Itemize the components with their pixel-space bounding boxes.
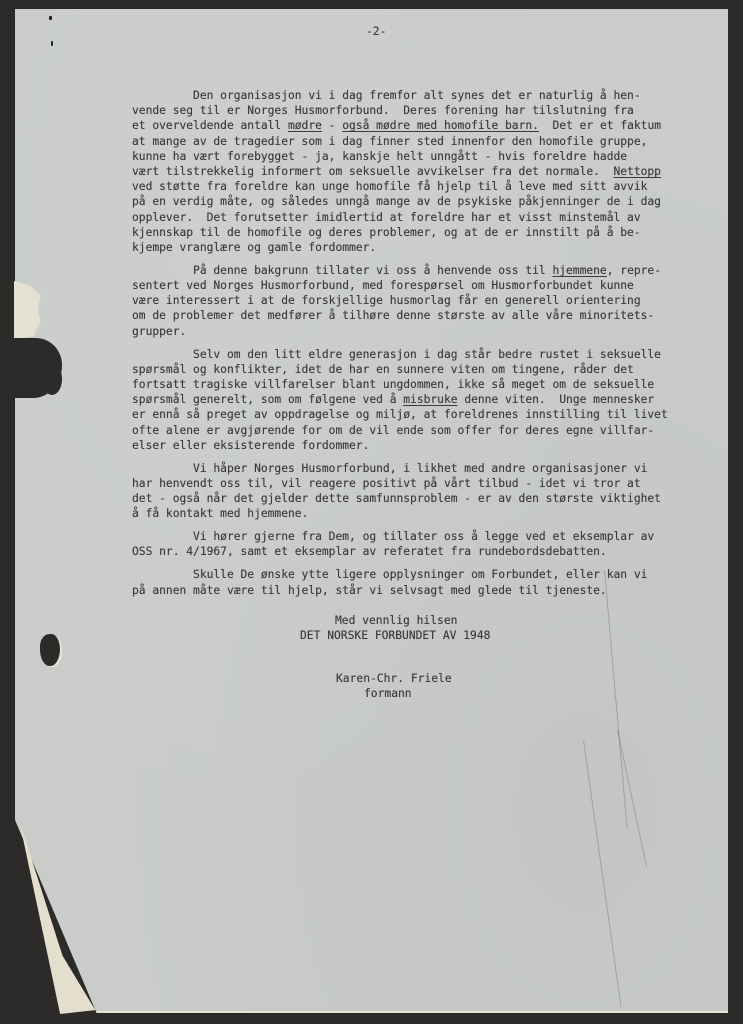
text-segment: sentert ved Norges Husmorforbund, med fo… (132, 279, 634, 292)
text-segment: opplever. Det forutsetter imidlertid at … (132, 211, 641, 224)
text-segment: Vi hører gjerne fra Dem, og tillater oss… (132, 530, 654, 543)
text-line: ofte alene er avgjørende for om de vil e… (132, 423, 668, 438)
text-segment: vært tilstrekkelig informert om seksuell… (132, 165, 613, 178)
text-segment: kjempe vranglære og gamle fordommer. (132, 241, 376, 254)
ink-speck (49, 16, 52, 20)
paragraph: Vi håper Norges Husmorforbund, i likhet … (132, 461, 668, 522)
text-segment: et overveldende antall (132, 119, 288, 132)
text-line: et overveldende antall mødre - også mødr… (132, 118, 668, 133)
text-segment: Selv om den litt eldre generasjon i dag … (132, 348, 661, 361)
text-segment: Vi håper Norges Husmorforbund, i likhet … (132, 462, 647, 475)
text-line: ved støtte fra foreldre kan unge homofil… (132, 179, 668, 194)
text-line: spørsmål generelt, som om følgene ved å … (132, 392, 668, 407)
punch-hole (40, 634, 60, 666)
text-line: På denne bakgrunn tillater vi oss å henv… (132, 263, 668, 278)
text-line: å få kontakt med hjemmene. (132, 506, 668, 521)
underlined-text: mødre (288, 119, 322, 132)
text-line: er ennå så preget av oppdragelse og milj… (132, 407, 668, 422)
text-line: sentert ved Norges Husmorforbund, med fo… (132, 278, 668, 293)
paper-bottom-edge (60, 1011, 728, 1013)
text-segment: vende seg til er Norges Husmorforbund. D… (132, 104, 634, 117)
text-segment: , repre- (607, 264, 661, 277)
text-line: Vi hører gjerne fra Dem, og tillater oss… (132, 529, 668, 544)
text-line: har henvendt oss til, vil reagere positi… (132, 476, 668, 491)
text-line: fortsatt tragiske villfarelser blant ung… (132, 377, 668, 392)
underlined-text: misbruke (403, 393, 457, 406)
text-segment: være interessert i at de forskjellige hu… (132, 294, 641, 307)
text-line: spørsmål og konflikter, idet de har en s… (132, 362, 668, 377)
text-line: Vi håper Norges Husmorforbund, i likhet … (132, 461, 668, 476)
text-line: vende seg til er Norges Husmorforbund. D… (132, 103, 668, 118)
text-segment: elser eller eksisterende fordommer. (132, 439, 369, 452)
paragraph: Skulle De ønske ytte ligere opplysninger… (132, 567, 668, 597)
ink-speck (51, 41, 53, 46)
text-segment: det - også når det gjelder dette samfunn… (132, 492, 661, 505)
underlined-text: Nettopp (613, 165, 660, 178)
text-line: være interessert i at de forskjellige hu… (132, 293, 668, 308)
paragraph: Den organisasjon vi i dag fremfor alt sy… (132, 88, 668, 255)
text-line: opplever. Det forutsetter imidlertid at … (132, 210, 668, 225)
text-line: det - også når det gjelder dette samfunn… (132, 491, 668, 506)
text-segment: på en verdig måte, og således unngå mang… (132, 195, 661, 208)
text-line: vært tilstrekkelig informert om seksuell… (132, 164, 668, 179)
signatory-name: Karen-Chr. Friele (336, 671, 452, 686)
torn-hole-lobe (42, 363, 62, 395)
text-segment: denne viten. Unge mennesker (458, 393, 655, 406)
closing-salutation: Med vennlig hilsen (335, 613, 457, 628)
text-segment: Skulle De ønske ytte ligere opplysninger… (132, 568, 647, 581)
underlined-text: også mødre med homofile barn. (342, 119, 539, 132)
signatory-title: formann (364, 686, 412, 701)
text-line: Den organisasjon vi i dag fremfor alt sy… (132, 88, 668, 103)
page-number: -2- (366, 24, 386, 39)
text-segment: kjennskap til de homofile og deres probl… (132, 226, 641, 239)
text-segment: spørsmål og konflikter, idet de har en s… (132, 363, 634, 376)
text-segment: ofte alene er avgjørende for om de vil e… (132, 424, 654, 437)
text-segment: spørsmål generelt, som om følgene ved å (132, 393, 403, 406)
text-line: på en verdig måte, og således unngå mang… (132, 194, 668, 209)
text-segment: ved støtte fra foreldre kan unge homofil… (132, 180, 647, 193)
text-segment: grupper. (132, 325, 186, 338)
text-line: grupper. (132, 324, 668, 339)
text-segment: fortsatt tragiske villfarelser blant ung… (132, 378, 654, 391)
text-segment: kunne ha vært forebygget - ja, kanskje h… (132, 150, 627, 163)
letter-body: Den organisasjon vi i dag fremfor alt sy… (132, 88, 668, 606)
text-line: Selv om den litt eldre generasjon i dag … (132, 347, 668, 362)
text-line: kunne ha vært forebygget - ja, kanskje h… (132, 149, 668, 164)
text-segment: å få kontakt med hjemmene. (132, 507, 308, 520)
text-segment: - (322, 119, 342, 132)
text-line: at mange av de tragedier som i dag finne… (132, 134, 668, 149)
text-line: kjennskap til de homofile og deres probl… (132, 225, 668, 240)
text-segment: Den organisasjon vi i dag fremfor alt sy… (132, 89, 641, 102)
text-line: på annen måte være til hjelp, står vi se… (132, 583, 668, 598)
closing-organization: DET NORSKE FORBUNDET AV 1948 (300, 628, 490, 643)
text-line: Skulle De ønske ytte ligere opplysninger… (132, 567, 668, 582)
text-segment: På denne bakgrunn tillater vi oss å henv… (132, 264, 552, 277)
text-line: OSS nr. 4/1967, samt et eksemplar av ref… (132, 544, 668, 559)
underlined-text: hjemmene (552, 264, 606, 277)
text-segment: på annen måte være til hjelp, står vi se… (132, 584, 607, 597)
text-line: om de problemer det medfører å tilhøre d… (132, 308, 668, 323)
paragraph: Vi hører gjerne fra Dem, og tillater oss… (132, 529, 668, 559)
text-line: kjempe vranglære og gamle fordommer. (132, 240, 668, 255)
text-segment: OSS nr. 4/1967, samt et eksemplar av ref… (132, 545, 607, 558)
text-line: elser eller eksisterende fordommer. (132, 438, 668, 453)
paragraph: På denne bakgrunn tillater vi oss å henv… (132, 263, 668, 339)
text-segment: Det er et faktum (539, 119, 661, 132)
text-segment: er ennå så preget av oppdragelse og milj… (132, 408, 668, 421)
paragraph: Selv om den litt eldre generasjon i dag … (132, 347, 668, 453)
text-segment: om de problemer det medfører å tilhøre d… (132, 309, 654, 322)
text-segment: at mange av de tragedier som i dag finne… (132, 135, 647, 148)
text-segment: har henvendt oss til, vil reagere positi… (132, 477, 641, 490)
document-scan: -2- Den organisasjon vi i dag fremfor al… (0, 0, 743, 1024)
